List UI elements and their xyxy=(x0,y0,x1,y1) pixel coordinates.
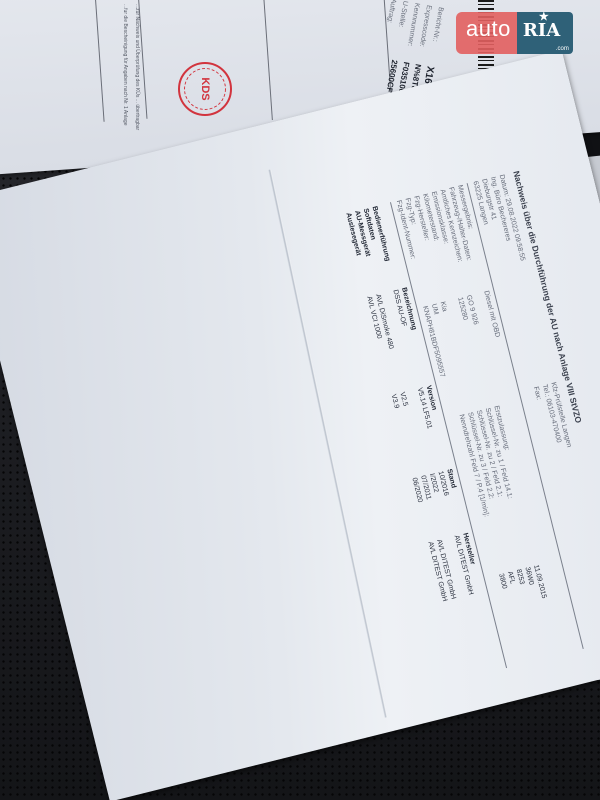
watermark-domain: .com xyxy=(556,46,569,52)
autoria-watermark: auto ★ RIA .com xyxy=(456,12,573,54)
vehicle-values: Diesel mit OBD GO 9 926 125280 Kia UM KN… xyxy=(420,290,514,404)
stamp-text: KDS xyxy=(199,77,211,100)
fine-print: ...fur die Bescheinigung für Angaben nac… xyxy=(122,4,128,125)
watermark-ria-text: RIA xyxy=(523,20,560,41)
divider-line xyxy=(262,0,273,120)
red-stamp: KDS xyxy=(178,62,232,116)
watermark-auto: auto xyxy=(456,12,517,54)
vehicle-meta-values: 11.09.2015 36W0 8253 AFL 3800 xyxy=(487,560,565,611)
star-icon: ★ xyxy=(539,10,549,23)
fine-print: ...zur Nachweis und Überprüfung des KÜs … xyxy=(134,4,140,130)
divider-line xyxy=(95,0,105,122)
watermark-ria: ★ RIA .com xyxy=(517,12,573,54)
